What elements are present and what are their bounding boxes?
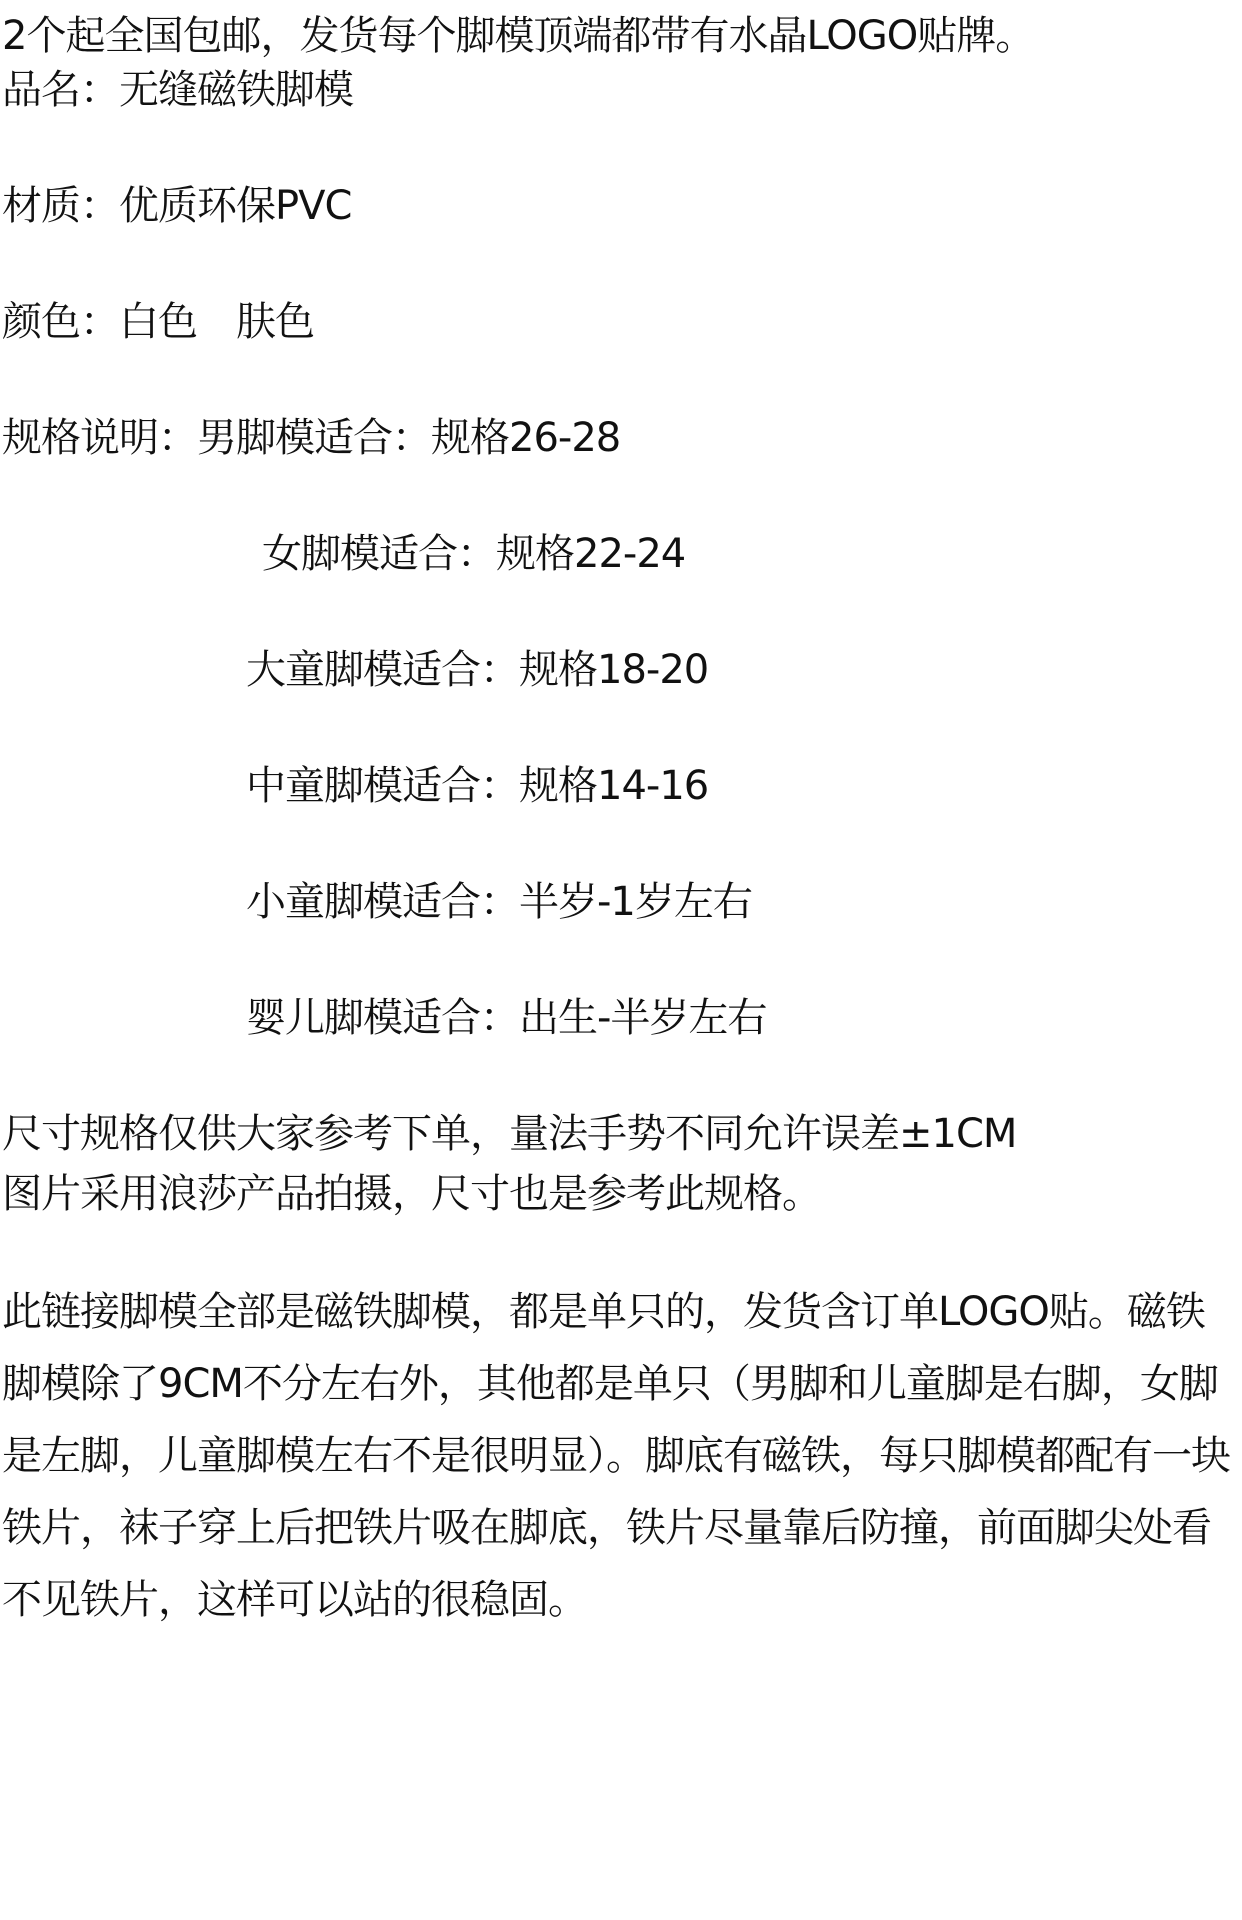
material: 材质：优质环保PVC: [2, 182, 351, 230]
tolerance-note: 尺寸规格仅供大家参考下单，量法手势不同允许误差±1CM: [2, 1110, 1016, 1158]
size-infant: 婴儿脚模适合：出生-半岁左右: [246, 994, 766, 1042]
shipping-note: 2个起全国包邮，发货每个脚模顶端都带有水晶LOGO贴牌。: [2, 12, 1034, 60]
size-intro-men: 规格说明：男脚模适合：规格26-28: [2, 414, 620, 462]
color-options: 颜色：白色 肤色: [2, 298, 314, 346]
magnet-description: 此链接脚模全部是磁铁脚模，都是单只的，发货含订单LOGO贴。磁铁脚模除了9CM不…: [2, 1276, 1242, 1636]
product-name: 品名：无缝磁铁脚模: [2, 66, 353, 114]
photo-note: 图片采用浪莎产品拍摄，尺寸也是参考此规格。: [2, 1170, 821, 1218]
size-women: 女脚模适合：规格22-24: [262, 530, 685, 578]
size-middle-child: 中童脚模适合：规格14-16: [246, 762, 708, 810]
size-small-child: 小童脚模适合：半岁-1岁左右: [246, 878, 752, 926]
size-big-child: 大童脚模适合：规格18-20: [246, 646, 708, 694]
